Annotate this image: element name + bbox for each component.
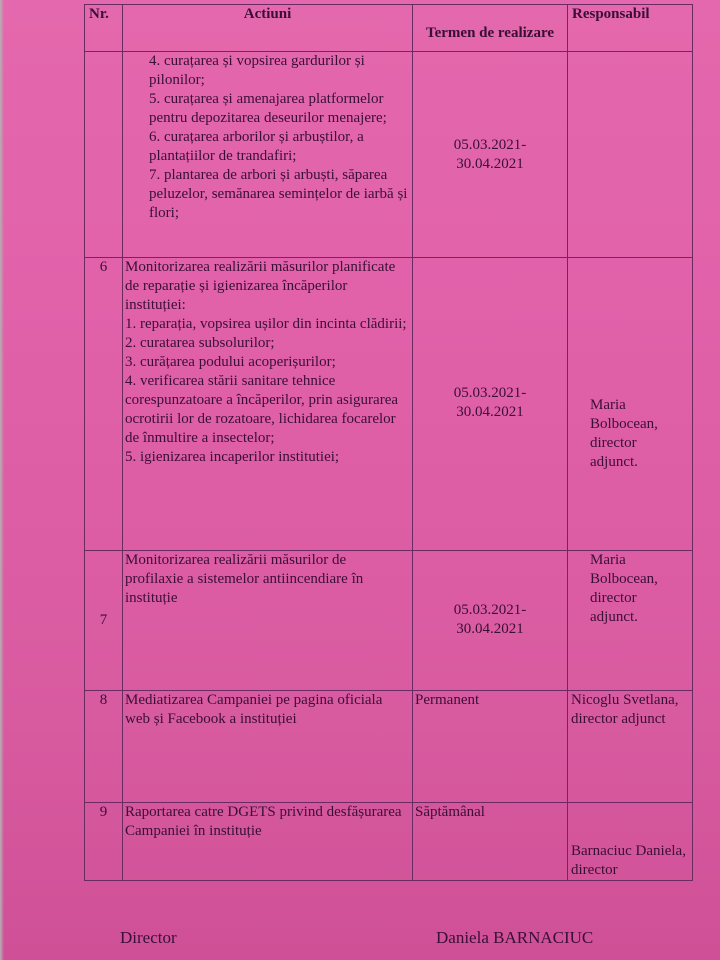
row-term: 05.03.2021- 30.04.2021 <box>413 52 568 258</box>
table-row: 8 Mediatizarea Campaniei pe pagina ofici… <box>85 691 693 803</box>
sub-item-list: 1. reparația, vopsirea ușilor din incint… <box>125 315 408 467</box>
row-responsible: Barnaciuc Daniela, director <box>568 803 693 881</box>
table-row: 9 Raportarea catre DGETS privind desfășu… <box>85 803 693 881</box>
row-nr: 8 <box>85 691 123 803</box>
row-actions: Monitorizarea realizării măsurilor de pr… <box>123 551 413 691</box>
action-plan-table: Nr. Actiuni Termen de realizare Responsa… <box>84 4 693 881</box>
row-actions: Raportarea catre DGETS privind desfășura… <box>123 803 413 881</box>
row-actions: Monitorizarea realizării măsurilor plani… <box>123 258 413 551</box>
row-nr: 9 <box>85 803 123 881</box>
term-text: 05.03.2021- 30.04.2021 <box>454 137 527 172</box>
signature-name: Daniela BARNACIUC <box>436 928 593 948</box>
sub-item: 3. curățarea podului acoperișurilor; <box>125 353 408 372</box>
sub-item: 1. reparația, vopsirea ușilor din incint… <box>125 315 408 334</box>
term-text: 05.03.2021- 30.04.2021 <box>454 385 527 420</box>
row-nr <box>85 52 123 258</box>
sub-item: 5. igienizarea incaperilor institutiei; <box>125 448 408 467</box>
row-nr: 6 <box>85 258 123 551</box>
table-row: 6 Monitorizarea realizării măsurilor pla… <box>85 258 693 551</box>
row-actions: 4. curațarea și vopsirea gardurilor și p… <box>123 52 413 258</box>
row-responsible: Maria Bolbocean, director adjunct. <box>568 551 693 691</box>
row-term: Permanent <box>413 691 568 803</box>
header-responsible: Responsabil <box>568 5 693 52</box>
row-responsible: Maria Bolbocean, director adjunct. <box>568 258 693 551</box>
responsible-text: Maria Bolbocean, director adjunct. <box>590 552 658 625</box>
responsible-text: Barnaciuc Daniela, director <box>571 843 686 878</box>
sub-item: 4. curațarea și vopsirea gardurilor și p… <box>149 52 408 90</box>
action-intro: Mediatizarea Campaniei pe pagina oficial… <box>125 691 408 729</box>
table-row: 4. curațarea și vopsirea gardurilor și p… <box>85 52 693 258</box>
row-responsible: Nicoglu Svetlana, director adjunct <box>568 691 693 803</box>
header-actions: Actiuni <box>123 5 413 52</box>
sub-item: 5. curațarea și amenajarea platformelor … <box>149 90 408 128</box>
row-actions: Mediatizarea Campaniei pe pagina oficial… <box>123 691 413 803</box>
action-intro: Monitorizarea realizării măsurilor de pr… <box>125 551 408 608</box>
responsible-text: Maria Bolbocean, director adjunct. <box>590 397 658 470</box>
row-nr: 7 <box>85 551 123 691</box>
sub-item: 2. curatarea subsolurilor; <box>125 334 408 353</box>
row-number: 7 <box>100 612 108 628</box>
row-term: 05.03.2021- 30.04.2021 <box>413 551 568 691</box>
row-term: Săptămânal <box>413 803 568 881</box>
action-intro: Monitorizarea realizării măsurilor plani… <box>125 258 408 315</box>
row-responsible <box>568 52 693 258</box>
sub-item: 7. plantarea de arbori și arbuști, săpar… <box>149 166 408 223</box>
header-nr: Nr. <box>85 5 123 52</box>
action-intro: Raportarea catre DGETS privind desfășura… <box>125 803 408 841</box>
header-term: Termen de realizare <box>413 5 568 52</box>
sub-item: 4. verificarea stării sanitare tehnice c… <box>125 372 408 448</box>
sub-item: 6. curațarea arborilor și arbuștilor, a … <box>149 128 408 166</box>
sub-item-list: 4. curațarea și vopsirea gardurilor și p… <box>127 52 408 223</box>
table-row: 7 Monitorizarea realizării măsurilor de … <box>85 551 693 691</box>
row-term: 05.03.2021- 30.04.2021 <box>413 258 568 551</box>
document-sheet: Nr. Actiuni Termen de realizare Responsa… <box>0 0 720 960</box>
table-header-row: Nr. Actiuni Termen de realizare Responsa… <box>85 5 693 52</box>
term-text: 05.03.2021- 30.04.2021 <box>454 602 527 637</box>
signature-title: Director <box>120 928 177 948</box>
